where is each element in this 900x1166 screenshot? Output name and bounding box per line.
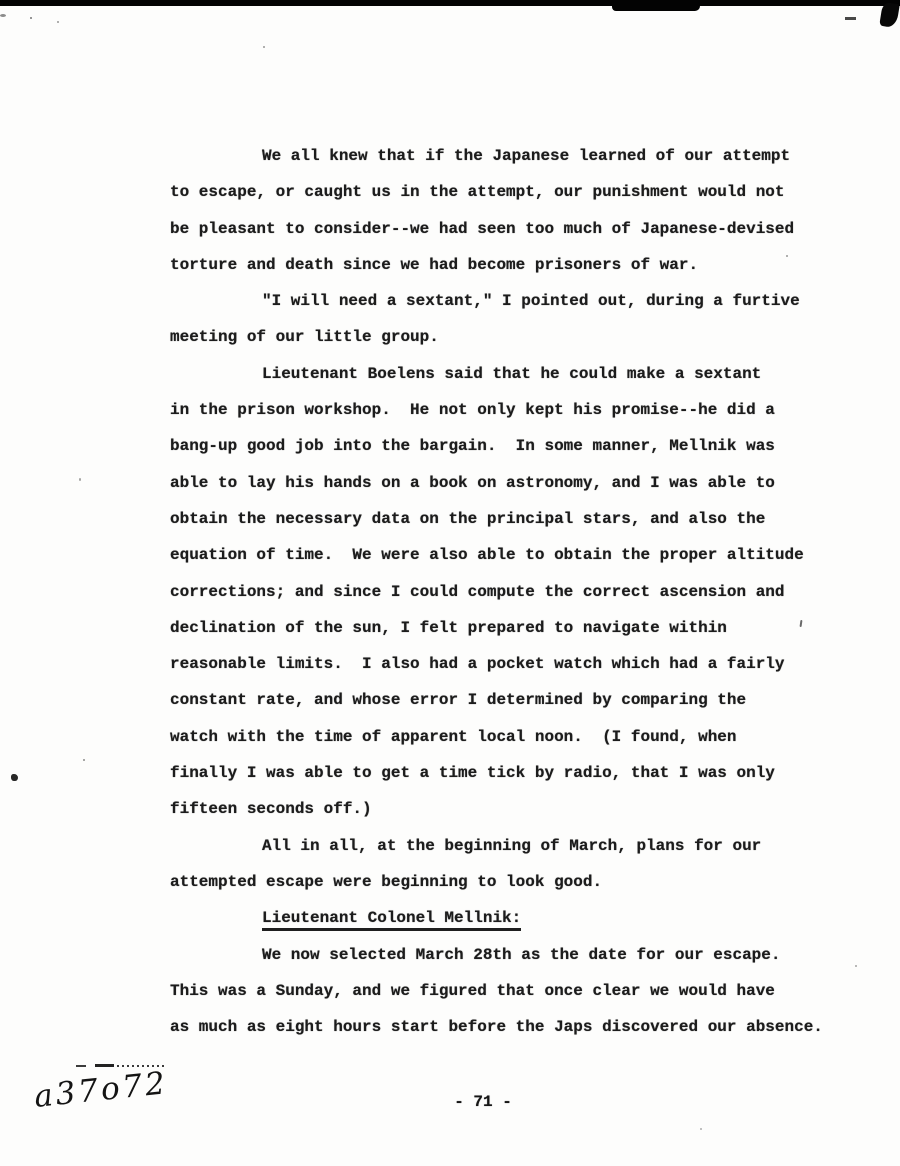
section-heading: Lieutenant Colonel Mellnik: [170, 900, 870, 936]
paragraph-line: to escape, or caught us in the attempt, … [170, 174, 870, 210]
scan-speck [0, 14, 6, 17]
scan-smudge-mark [879, 2, 900, 28]
paragraph-line: attempted escape were beginning to look … [170, 864, 870, 900]
paragraph-line: equation of time. We were also able to o… [170, 537, 870, 573]
scan-speck [79, 478, 81, 481]
paragraph-line: watch with the time of apparent local no… [170, 719, 870, 755]
scan-speck [57, 21, 59, 23]
paragraph-line: fifteen seconds off.) [170, 791, 870, 827]
paragraph-line: Lieutenant Boelens said that he could ma… [170, 356, 870, 392]
section-heading-text: Lieutenant Colonel Mellnik: [262, 909, 521, 931]
paragraph-line: corrections; and since I could compute t… [170, 574, 870, 610]
paragraph-line: in the prison workshop. He not only kept… [170, 392, 870, 428]
scan-speck [83, 759, 85, 761]
ink-dot [11, 774, 18, 781]
paragraph-line: All in all, at the beginning of March, p… [170, 828, 870, 864]
paragraph-line: meeting of our little group. [170, 319, 870, 355]
pencil-dash-segment [95, 1064, 114, 1067]
paragraph-line: We now selected March 28th as the date f… [170, 937, 870, 973]
paragraph-line: bang-up good job into the bargain. In so… [170, 428, 870, 464]
scan-speck [700, 1128, 702, 1130]
paragraph-line: This was a Sunday, and we figured that o… [170, 973, 870, 1009]
page-number: - 71 - [0, 1092, 900, 1112]
pencil-dash-segment [76, 1065, 86, 1067]
scanned-document-page: We all knew that if the Japanese learned… [0, 0, 900, 1166]
paragraph-line: reasonable limits. I also had a pocket w… [170, 646, 870, 682]
paragraph-line: finally I was able to get a time tick by… [170, 755, 870, 791]
scan-dash-mark [845, 17, 856, 20]
scan-edge-bar [0, 0, 900, 6]
paragraph-line: able to lay his hands on a book on astro… [170, 465, 870, 501]
scan-speck [855, 965, 857, 967]
paragraph-line: be pleasant to consider--we had seen too… [170, 211, 870, 247]
paragraph-line: "I will need a sextant," I pointed out, … [170, 283, 870, 319]
scan-speck [30, 17, 32, 19]
paragraph-line: constant rate, and whose error I determi… [170, 682, 870, 718]
scan-speck [263, 46, 265, 48]
document-body: We all knew that if the Japanese learned… [170, 138, 870, 1045]
paragraph-line: torture and death since we had become pr… [170, 247, 870, 283]
scan-speck [786, 255, 788, 257]
paragraph-line: declination of the sun, I felt prepared … [170, 610, 870, 646]
scan-edge-blob [612, 0, 700, 11]
paragraph-line: obtain the necessary data on the princip… [170, 501, 870, 537]
paragraph-line: as much as eight hours start before the … [170, 1009, 870, 1045]
paragraph-line: We all knew that if the Japanese learned… [170, 138, 870, 174]
scan-speck [430, 258, 432, 260]
